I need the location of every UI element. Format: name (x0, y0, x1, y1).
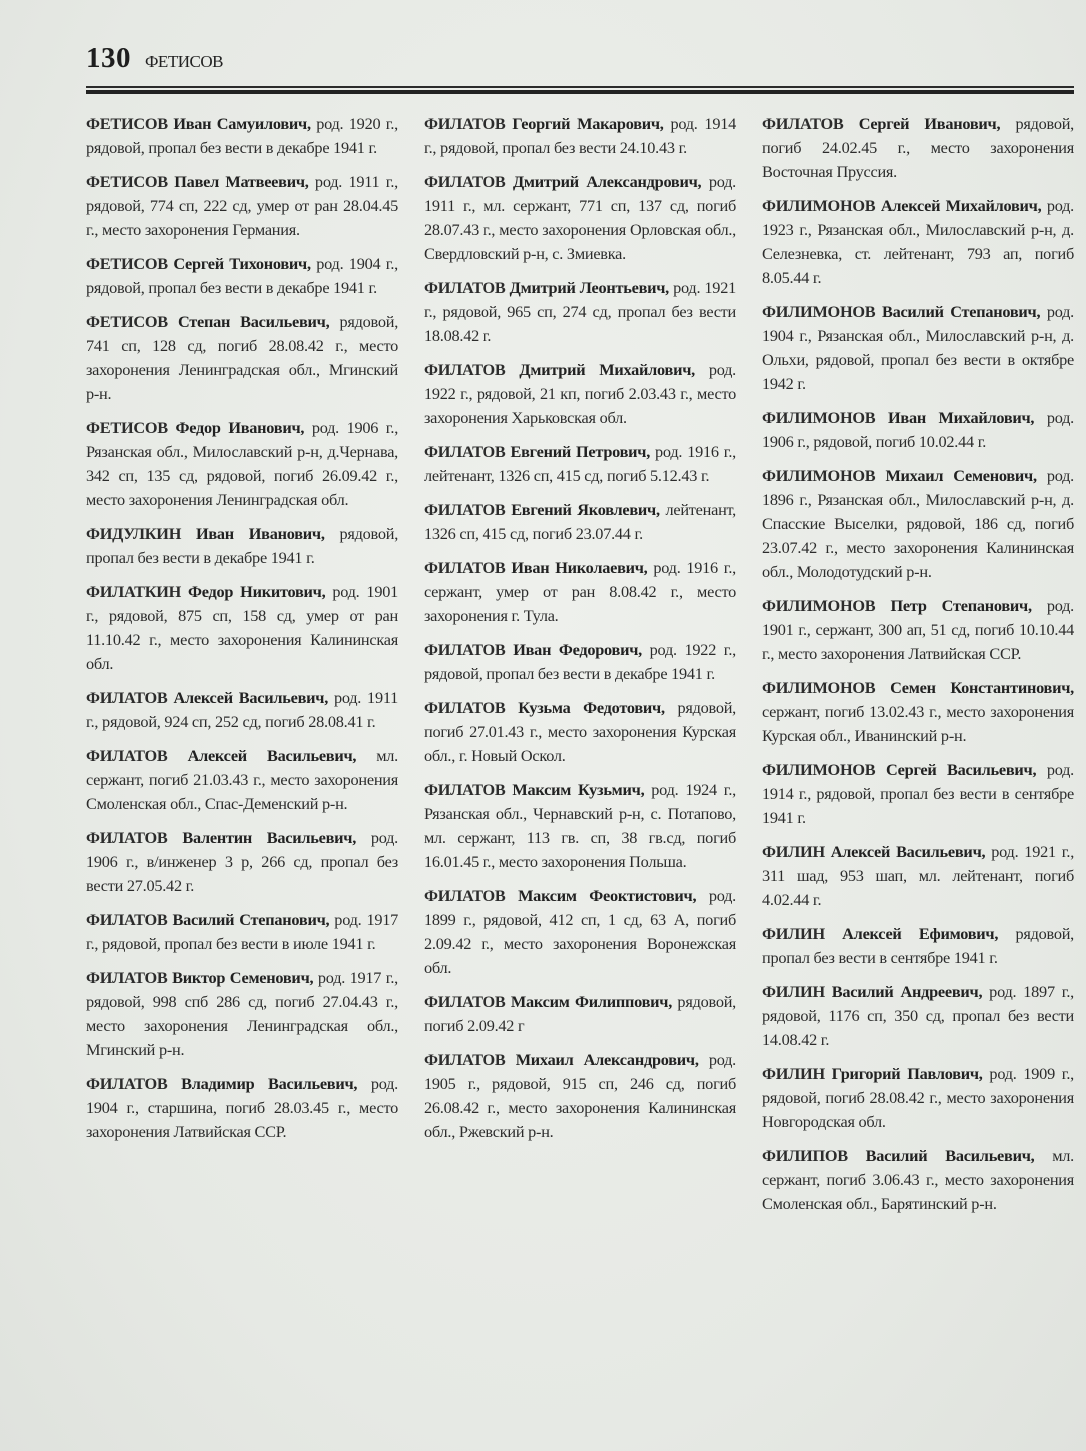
entry-surname: ФИЛАТОВ (762, 114, 844, 133)
entry-surname: ФИЛИМОНОВ (762, 760, 875, 779)
biography-entry: ФИЛАТОВ Георгий Макарович, род. 1914 г.,… (424, 112, 736, 160)
entry-surname: ФЕТИСОВ (86, 172, 168, 191)
entry-given-name: Алексей Ефимович, (842, 924, 998, 943)
biography-entry: ФИЛИН Алексей Ефимович, рядовой, пропал … (762, 922, 1074, 970)
entry-given-name: Иван Иванович, (196, 524, 325, 543)
biography-entry: ФИЛИМОНОВ Михаил Семенович, род. 1896 г.… (762, 464, 1074, 584)
page-number: 130 (86, 42, 131, 75)
biography-entry: ФИЛАТОВ Евгений Петрович, род. 1916 г., … (424, 440, 736, 488)
entry-given-name: Евгений Яковлевич, (511, 500, 660, 519)
entry-given-name: Алексей Васильевич, (831, 842, 986, 861)
entry-given-name: Иван Николаевич, (511, 558, 647, 577)
entry-given-name: Василий Степанович, (173, 910, 330, 929)
entry-given-name: Сергей Тихонович, (173, 254, 310, 273)
biography-entry: ФИЛАТОВ Михаил Александрович, род. 1905 … (424, 1048, 736, 1144)
biography-entry: ФИЛИМОНОВ Сергей Васильевич, род. 1914 г… (762, 758, 1074, 830)
entry-surname: ФЕТИСОВ (86, 312, 168, 331)
column-right: ФИЛАТОВ Сергей Иванович, рядовой, погиб … (762, 112, 1074, 1226)
entry-surname: ФИЛАТОВ (424, 992, 506, 1011)
entry-surname: ФИЛАТОВ (86, 828, 168, 847)
running-head: ФЕТИСОВ (145, 52, 223, 72)
entry-surname: ФЕТИСОВ (86, 114, 168, 133)
entry-surname: ФИЛИМОНОВ (762, 408, 875, 427)
entry-given-name: Михаил Александрович, (516, 1050, 699, 1069)
entry-given-name: Григорий Павлович, (832, 1064, 983, 1083)
entry-given-name: Василий Андреевич, (832, 982, 982, 1001)
biography-entry: ФИЛАТОВ Максим Кузьмич, род. 1924 г., Ря… (424, 778, 736, 874)
entry-details: сержант, погиб 13.02.43 г., место захоро… (762, 702, 1074, 745)
biography-entry: ФИЛАТОВ Максим Филиппович, рядовой, поги… (424, 990, 736, 1038)
entry-surname: ФИЛАТОВ (424, 698, 506, 717)
entry-surname: ФИЛИМОНОВ (762, 466, 875, 485)
biography-entry: ФИЛАТОВ Сергей Иванович, рядовой, погиб … (762, 112, 1074, 184)
entry-given-name: Василий Васильевич, (866, 1146, 1035, 1165)
biography-entry: ФИЛАТОВ Дмитрий Александрович, род. 1911… (424, 170, 736, 266)
biography-entry: ФИЛАТОВ Владимир Васильевич, род. 1904 г… (86, 1072, 398, 1144)
entry-surname: ФИЛАТОВ (424, 114, 506, 133)
entry-given-name: Евгений Петрович, (511, 442, 651, 461)
entry-surname: ФИЛАТОВ (424, 640, 506, 659)
entry-surname: ФИЛАТОВ (424, 278, 506, 297)
entry-surname: ФИЛАТОВ (424, 780, 506, 799)
biography-entry: ФИЛИН Алексей Васильевич, род. 1921 г., … (762, 840, 1074, 912)
book-page: 130 ФЕТИСОВ ФЕТИСОВ Иван Самуилович, род… (0, 0, 1086, 1451)
entry-given-name: Иван Самуилович, (173, 114, 310, 133)
entry-given-name: Сергей Иванович, (859, 114, 1001, 133)
biography-entry: ФИЛАТОВ Иван Николаевич, род. 1916 г., с… (424, 556, 736, 628)
entry-surname: ФИЛИН (762, 924, 825, 943)
entry-surname: ФИЛАТОВ (424, 172, 506, 191)
biography-entry: ФЕТИСОВ Иван Самуилович, род. 1920 г., р… (86, 112, 398, 160)
page-header: 130 ФЕТИСОВ (86, 42, 223, 82)
entry-surname: ФИЛАТОВ (86, 746, 168, 765)
entry-surname: ФИЛИН (762, 842, 825, 861)
entry-surname: ФИЛИМОНОВ (762, 678, 875, 697)
column-left: ФЕТИСОВ Иван Самуилович, род. 1920 г., р… (86, 112, 398, 1226)
header-rule-thin (86, 86, 1074, 88)
entry-given-name: Максим Феоктистович, (518, 886, 696, 905)
biography-entry: ФЕТИСОВ Федор Иванович, род. 1906 г., Ря… (86, 416, 398, 512)
biography-entry: ФИЛАТОВ Дмитрий Михайлович, род. 1922 г.… (424, 358, 736, 430)
biography-entry: ФИЛИПОВ Василий Васильевич, мл. сержант,… (762, 1144, 1074, 1216)
entry-given-name: Виктор Семенович, (172, 968, 313, 987)
entry-surname: ФЕТИСОВ (86, 254, 168, 273)
biography-entry: ФЕТИСОВ Павел Матвеевич, род. 1911 г., р… (86, 170, 398, 242)
biography-entry: ФИЛАТОВ Кузьма Федотович, рядовой, погиб… (424, 696, 736, 768)
entry-surname: ФИЛИМОНОВ (762, 596, 875, 615)
entry-surname: ФИЛИПОВ (762, 1146, 848, 1165)
entry-surname: ФИЛАТОВ (424, 558, 506, 577)
entry-surname: ФИЛАТОВ (424, 500, 506, 519)
entry-surname: ФИЛАТКИН (86, 582, 181, 601)
entry-surname: ФИЛИН (762, 1064, 825, 1083)
entry-surname: ФИЛИН (762, 982, 825, 1001)
biography-entry: ФИЛАТОВ Евгений Яковлевич, лейтенант, 13… (424, 498, 736, 546)
biography-entry: ФИЛАТОВ Алексей Васильевич, мл. сержант,… (86, 744, 398, 816)
entry-given-name: Дмитрий Александрович, (513, 172, 701, 191)
biography-entry: ФИЛАТОВ Алексей Васильевич, род. 1911 г.… (86, 686, 398, 734)
entry-surname: ФИЛАТОВ (424, 360, 506, 379)
entry-given-name: Георгий Макарович, (512, 114, 663, 133)
entry-given-name: Владимир Васильевич, (181, 1074, 357, 1093)
entry-surname: ФИДУЛКИН (86, 524, 181, 543)
entry-surname: ФИЛАТОВ (424, 1050, 506, 1069)
entry-given-name: Павел Матвеевич, (174, 172, 308, 191)
entry-given-name: Сергей Васильевич, (886, 760, 1036, 779)
entry-given-name: Алексей Михайлович, (881, 196, 1042, 215)
entry-given-name: Семен Константинович, (890, 678, 1074, 697)
biography-entry: ФИЛИМОНОВ Петр Степанович, род. 1901 г.,… (762, 594, 1074, 666)
biography-entry: ФЕТИСОВ Сергей Тихонович, род. 1904 г., … (86, 252, 398, 300)
entry-surname: ФИЛАТОВ (86, 968, 168, 987)
biography-entry: ФИЛАТОВ Валентин Васильевич, род. 1906 г… (86, 826, 398, 898)
entry-surname: ФЕТИСОВ (86, 418, 168, 437)
biography-entry: ФИЛАТОВ Иван Федорович, род. 1922 г., ря… (424, 638, 736, 686)
entry-given-name: Степан Васильевич, (178, 312, 329, 331)
entry-surname: ФИЛИМОНОВ (762, 302, 875, 321)
entry-given-name: Дмитрий Михайлович, (519, 360, 695, 379)
entry-given-name: Максим Кузьмич, (512, 780, 644, 799)
entry-given-name: Валентин Васильевич, (182, 828, 356, 847)
biography-entry: ФИЛИМОНОВ Семен Константинович, сержант,… (762, 676, 1074, 748)
biography-entry: ФИЛИН Григорий Павлович, род. 1909 г., р… (762, 1062, 1074, 1134)
entry-given-name: Федор Никитович, (188, 582, 325, 601)
column-middle: ФИЛАТОВ Георгий Макарович, род. 1914 г.,… (424, 112, 736, 1226)
entry-given-name: Иван Михайлович, (888, 408, 1034, 427)
text-columns: ФЕТИСОВ Иван Самуилович, род. 1920 г., р… (86, 112, 1074, 1226)
biography-entry: ФИЛАТОВ Максим Феоктистович, род. 1899 г… (424, 884, 736, 980)
biography-entry: ФЕТИСОВ Степан Васильевич, рядовой, 741 … (86, 310, 398, 406)
entry-given-name: Дмитрий Леонтьевич, (510, 278, 669, 297)
entry-given-name: Петр Степанович, (890, 596, 1031, 615)
biography-entry: ФИЛАТКИН Федор Никитович, род. 1901 г., … (86, 580, 398, 676)
biography-entry: ФИЛИМОНОВ Василий Степанович, род. 1904 … (762, 300, 1074, 396)
biography-entry: ФИЛИН Василий Андреевич, род. 1897 г., р… (762, 980, 1074, 1052)
entry-surname: ФИЛАТОВ (86, 1074, 168, 1093)
entry-given-name: Михаил Семенович, (885, 466, 1036, 485)
entry-surname: ФИЛИМОНОВ (762, 196, 875, 215)
entry-given-name: Максим Филиппович, (511, 992, 672, 1011)
entry-given-name: Кузьма Федотович, (518, 698, 665, 717)
entry-surname: ФИЛАТОВ (86, 910, 168, 929)
biography-entry: ФИЛАТОВ Виктор Семенович, род. 1917 г., … (86, 966, 398, 1062)
biography-entry: ФИЛИМОНОВ Алексей Михайлович, род. 1923 … (762, 194, 1074, 290)
entry-given-name: Василий Степанович, (882, 302, 1040, 321)
entry-given-name: Алексей Васильевич, (173, 688, 328, 707)
biography-entry: ФИЛАТОВ Василий Степанович, род. 1917 г.… (86, 908, 398, 956)
entry-surname: ФИЛАТОВ (424, 886, 506, 905)
header-rule-thick (86, 90, 1074, 94)
entry-given-name: Иван Федорович, (513, 640, 642, 659)
biography-entry: ФИЛАТОВ Дмитрий Леонтьевич, род. 1921 г.… (424, 276, 736, 348)
entry-surname: ФИЛАТОВ (424, 442, 506, 461)
entry-surname: ФИЛАТОВ (86, 688, 168, 707)
biography-entry: ФИДУЛКИН Иван Иванович, рядовой, пропал … (86, 522, 398, 570)
entry-given-name: Федор Иванович, (176, 418, 305, 437)
entry-given-name: Алексей Васильевич, (188, 746, 357, 765)
biography-entry: ФИЛИМОНОВ Иван Михайлович, род. 1906 г.,… (762, 406, 1074, 454)
